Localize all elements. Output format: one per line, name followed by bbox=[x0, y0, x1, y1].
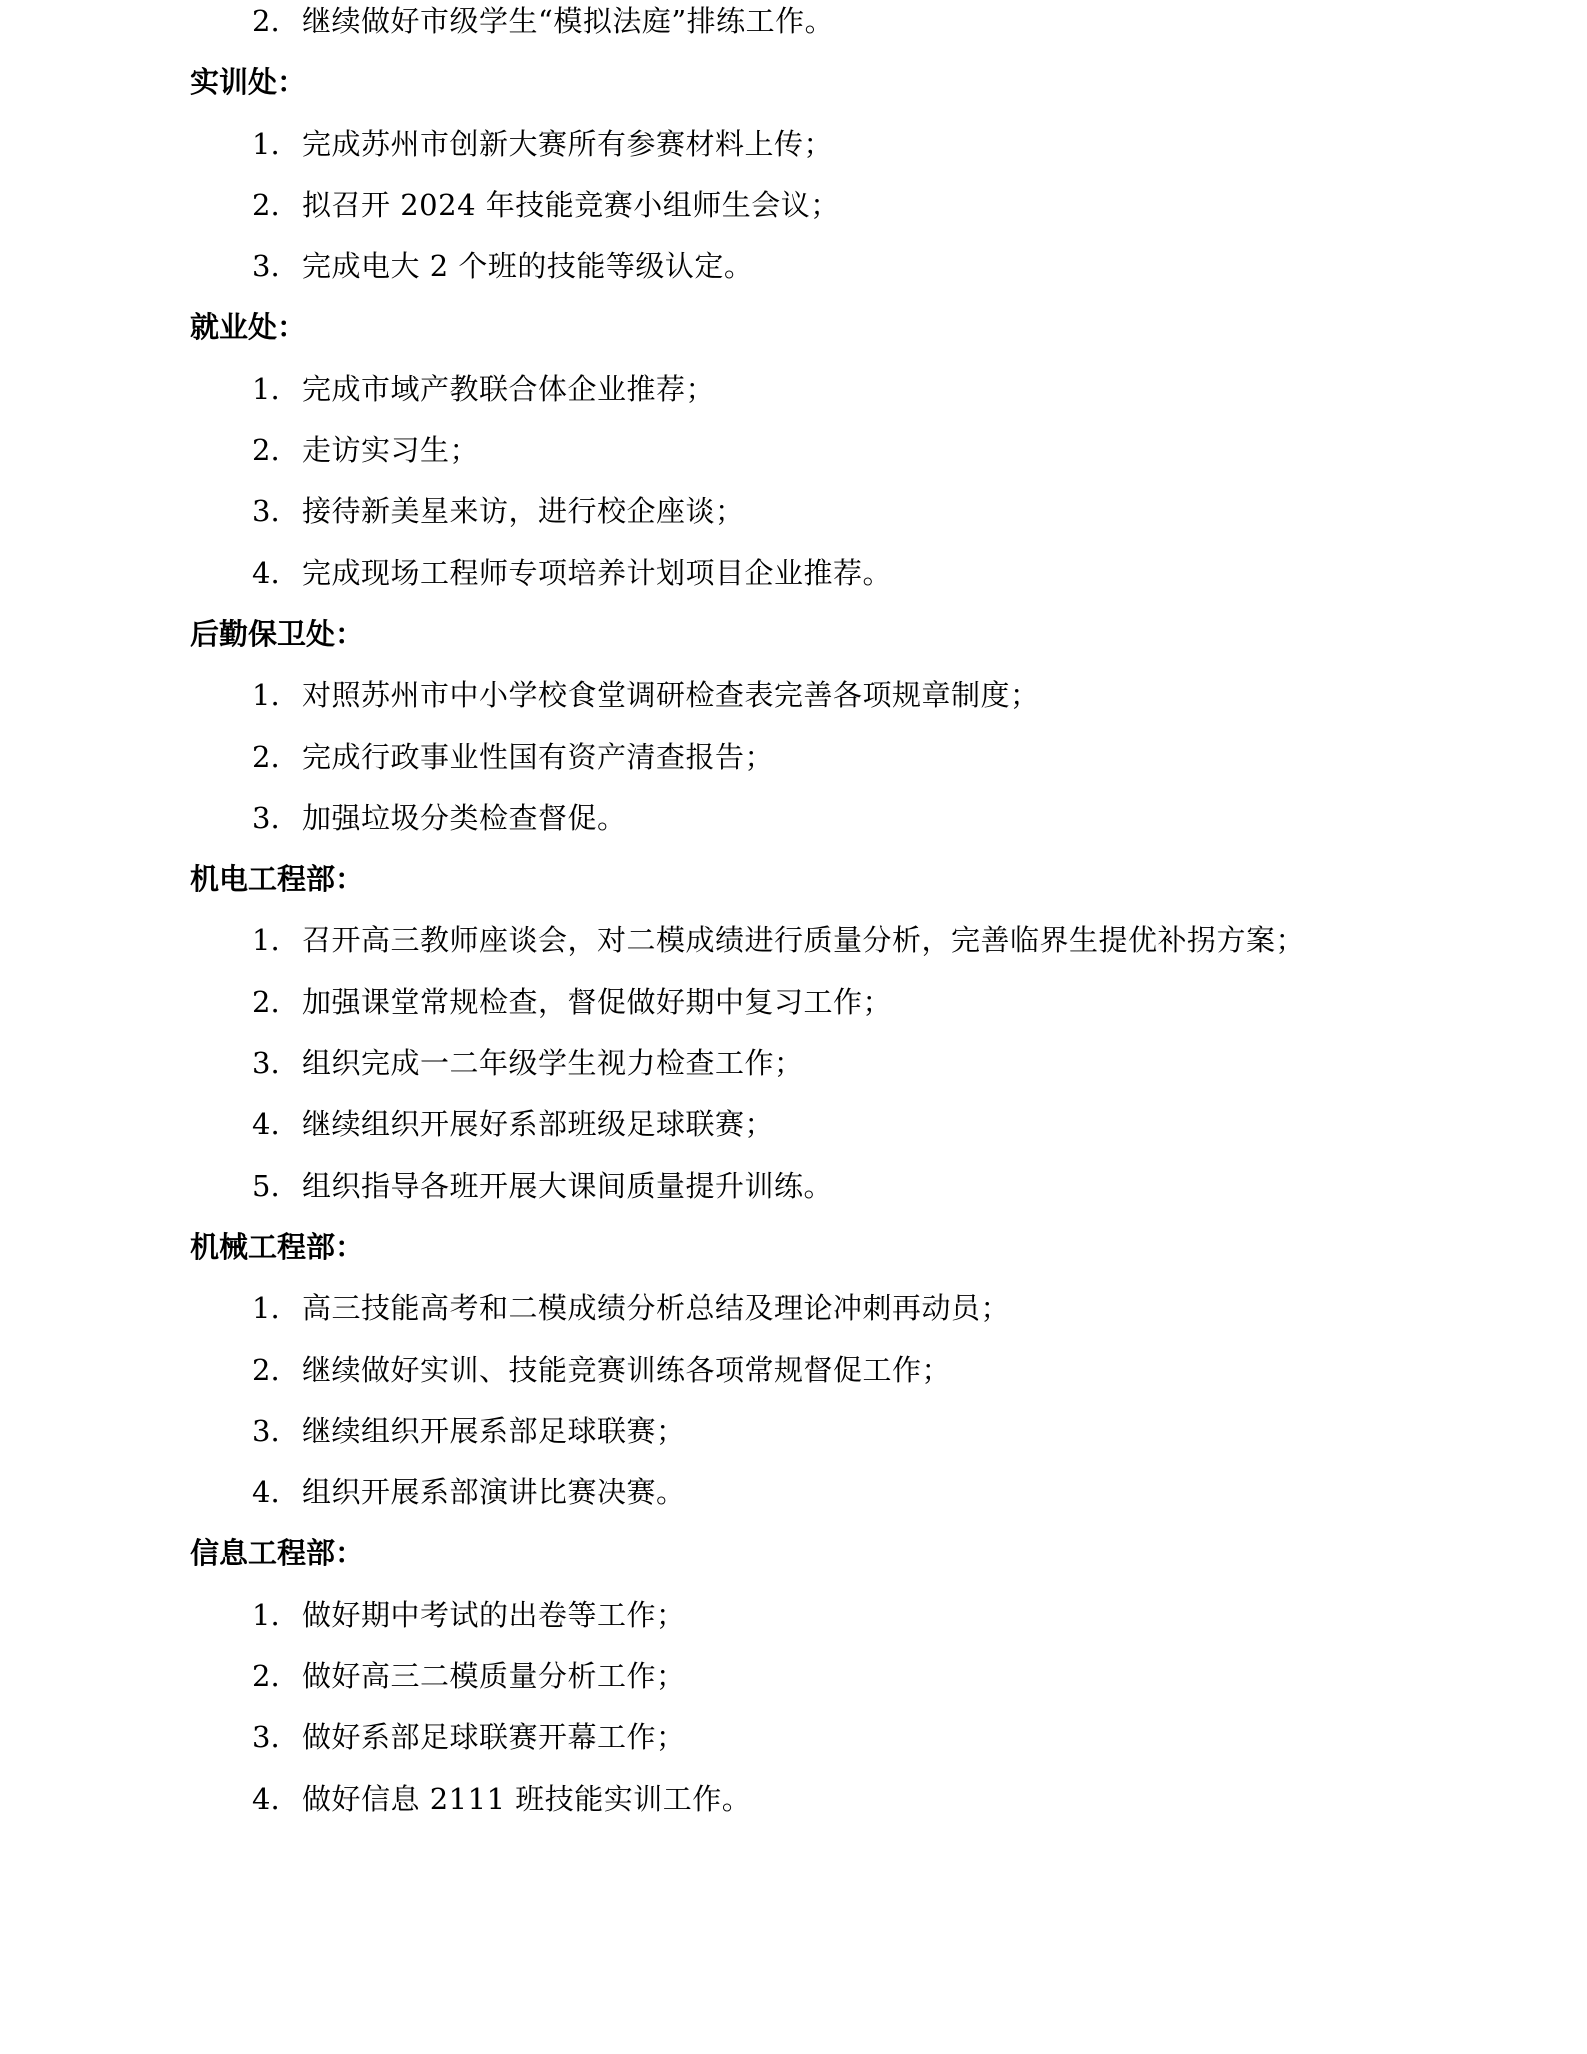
list-item: 2.做好高三二模质量分析工作； bbox=[0, 1646, 1587, 1707]
list-item: 3.完成电大 2 个班的技能等级认定。 bbox=[0, 236, 1587, 297]
item-number: 4. bbox=[252, 1769, 302, 1830]
item-text: 做好期中考试的出卷等工作； bbox=[302, 1598, 686, 1632]
item-number: 2. bbox=[252, 727, 302, 788]
list-item: 3.加强垃圾分类检查督促。 bbox=[0, 788, 1587, 849]
item-number: 1. bbox=[252, 665, 302, 726]
item-number: 3. bbox=[252, 1707, 302, 1768]
item-text: 做好高三二模质量分析工作； bbox=[302, 1659, 686, 1693]
item-text: 召开高三教师座谈会，对二模成绩进行质量分析，完善临界生提优补拐方案； bbox=[302, 923, 1305, 957]
list-item: 2.走访实习生； bbox=[0, 420, 1587, 481]
section-heading-electromechanical-dept: 机电工程部： bbox=[0, 849, 1587, 910]
item-text: 做好系部足球联赛开幕工作； bbox=[302, 1720, 686, 1754]
item-text: 完成市域产教联合体企业推荐； bbox=[302, 372, 715, 406]
list-item: 3.接待新美星来访，进行校企座谈； bbox=[0, 481, 1587, 542]
item-text: 组织完成一二年级学生视力检查工作； bbox=[302, 1046, 804, 1080]
section-heading-employment: 就业处： bbox=[0, 297, 1587, 358]
item-text: 完成苏州市创新大赛所有参赛材料上传； bbox=[302, 127, 833, 161]
list-item: 5.组织指导各班开展大课间质量提升训练。 bbox=[0, 1156, 1587, 1217]
item-number: 4. bbox=[252, 1462, 302, 1523]
item-number: 2. bbox=[252, 0, 302, 52]
item-text: 完成现场工程师专项培养计划项目企业推荐。 bbox=[302, 556, 892, 590]
section-heading-training: 实训处： bbox=[0, 52, 1587, 113]
item-text: 继续组织开展系部足球联赛； bbox=[302, 1414, 686, 1448]
list-item: 4.做好信息 2111 班技能实训工作。 bbox=[0, 1769, 1587, 1830]
list-item: 1.完成苏州市创新大赛所有参赛材料上传； bbox=[0, 114, 1587, 175]
list-item: 3.做好系部足球联赛开幕工作； bbox=[0, 1707, 1587, 1768]
item-text: 组织开展系部演讲比赛决赛。 bbox=[302, 1475, 686, 1509]
list-item: 1.召开高三教师座谈会，对二模成绩进行质量分析，完善临界生提优补拐方案； bbox=[0, 910, 1587, 971]
item-number: 2. bbox=[252, 1340, 302, 1401]
list-item: 2.加强课堂常规检查，督促做好期中复习工作； bbox=[0, 972, 1587, 1033]
list-item: 2.完成行政事业性国有资产清查报告； bbox=[0, 727, 1587, 788]
item-number: 1. bbox=[252, 114, 302, 175]
item-text: 加强课堂常规检查，督促做好期中复习工作； bbox=[302, 985, 892, 1019]
list-item: 1.完成市域产教联合体企业推荐； bbox=[0, 359, 1587, 420]
list-item: 1.做好期中考试的出卷等工作； bbox=[0, 1585, 1587, 1646]
list-item: 3.组织完成一二年级学生视力检查工作； bbox=[0, 1033, 1587, 1094]
item-number: 5. bbox=[252, 1156, 302, 1217]
item-text: 加强垃圾分类检查督促。 bbox=[302, 801, 627, 835]
document-page: 2.继续做好市级学生“模拟法庭”排练工作。 实训处： 1.完成苏州市创新大赛所有… bbox=[0, 0, 1587, 1830]
item-text: 继续做好实训、技能竞赛训练各项常规督促工作； bbox=[302, 1353, 951, 1387]
item-text: 组织指导各班开展大课间质量提升训练。 bbox=[302, 1169, 833, 1203]
section-heading-logistics-security: 后勤保卫处： bbox=[0, 604, 1587, 665]
list-item: 4.组织开展系部演讲比赛决赛。 bbox=[0, 1462, 1587, 1523]
item-text: 继续做好市级学生“模拟法庭”排练工作。 bbox=[302, 4, 834, 38]
item-number: 3. bbox=[252, 481, 302, 542]
item-text: 完成电大 2 个班的技能等级认定。 bbox=[302, 249, 753, 283]
item-text: 接待新美星来访，进行校企座谈； bbox=[302, 494, 745, 528]
item-number: 4. bbox=[252, 543, 302, 604]
item-text: 做好信息 2111 班技能实训工作。 bbox=[302, 1782, 751, 1816]
item-text: 拟召开 2024 年技能竞赛小组师生会议； bbox=[302, 188, 840, 222]
list-item: 2.继续做好实训、技能竞赛训练各项常规督促工作； bbox=[0, 1340, 1587, 1401]
item-number: 1. bbox=[252, 1278, 302, 1339]
item-number: 1. bbox=[252, 359, 302, 420]
list-item: 2.继续做好市级学生“模拟法庭”排练工作。 bbox=[0, 0, 1587, 52]
list-item: 1.高三技能高考和二模成绩分析总结及理论冲刺再动员； bbox=[0, 1278, 1587, 1339]
item-number: 2. bbox=[252, 420, 302, 481]
section-heading-information-dept: 信息工程部： bbox=[0, 1523, 1587, 1584]
item-number: 2. bbox=[252, 972, 302, 1033]
list-item: 3.继续组织开展系部足球联赛； bbox=[0, 1401, 1587, 1462]
item-number: 1. bbox=[252, 910, 302, 971]
list-item: 1.对照苏州市中小学校食堂调研检查表完善各项规章制度； bbox=[0, 665, 1587, 726]
item-number: 3. bbox=[252, 236, 302, 297]
item-text: 完成行政事业性国有资产清查报告； bbox=[302, 740, 774, 774]
item-text: 继续组织开展好系部班级足球联赛； bbox=[302, 1107, 774, 1141]
item-number: 3. bbox=[252, 1401, 302, 1462]
list-item: 4.继续组织开展好系部班级足球联赛； bbox=[0, 1094, 1587, 1155]
item-number: 2. bbox=[252, 175, 302, 236]
item-number: 3. bbox=[252, 1033, 302, 1094]
item-text: 高三技能高考和二模成绩分析总结及理论冲刺再动员； bbox=[302, 1291, 1010, 1325]
item-number: 2. bbox=[252, 1646, 302, 1707]
item-number: 4. bbox=[252, 1094, 302, 1155]
item-number: 3. bbox=[252, 788, 302, 849]
list-item: 4.完成现场工程师专项培养计划项目企业推荐。 bbox=[0, 543, 1587, 604]
item-text: 走访实习生； bbox=[302, 433, 479, 467]
section-heading-mechanical-dept: 机械工程部： bbox=[0, 1217, 1587, 1278]
item-text: 对照苏州市中小学校食堂调研检查表完善各项规章制度； bbox=[302, 678, 1040, 712]
item-number: 1. bbox=[252, 1585, 302, 1646]
list-item: 2.拟召开 2024 年技能竞赛小组师生会议； bbox=[0, 175, 1587, 236]
